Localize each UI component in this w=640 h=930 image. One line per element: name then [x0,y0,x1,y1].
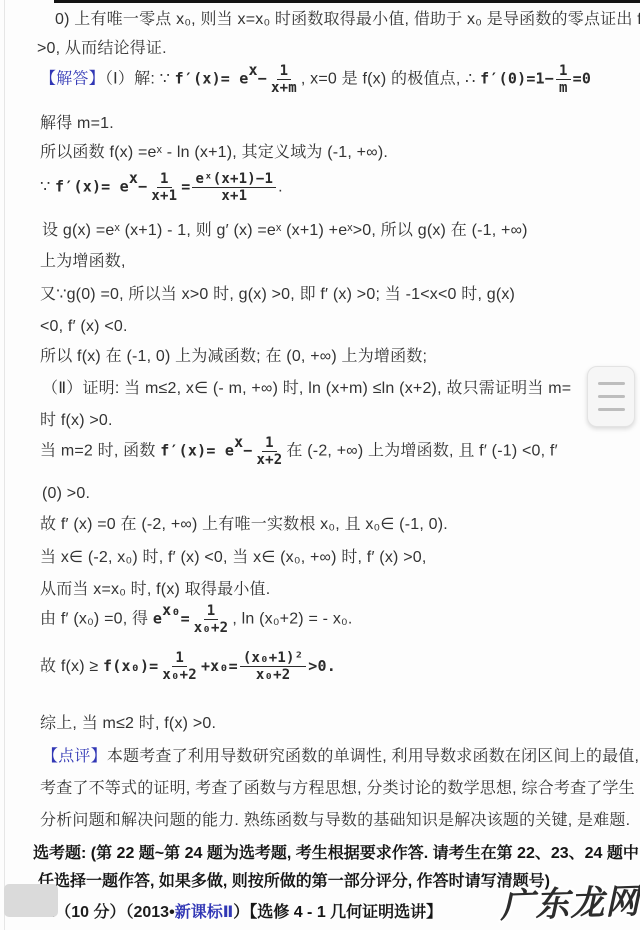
text-line: 【点评】本题考查了利用导数研究函数的单调性, 利用导数求函数在闭区间上的最值, [42,747,639,767]
text-line: 22.（10 分）（2013•新课标Ⅱ）【选修 4 - 1 几何证明选讲】 [33,903,442,923]
text-line: <0, f′ (x) <0. [40,317,128,337]
text-line: 综上, 当 m≤2 时, f(x) >0. [40,714,216,734]
text-line: 当 m=2 时, 函数 f′(x)= ex−1x+2在 (-2, +∞) 上为增… [40,434,558,468]
text-line: 故 f′ (x) =0 在 (-2, +∞) 上有唯一实数根 x₀, 且 x₀∈… [40,515,448,535]
text-line: 【解答】（Ⅰ）解: ∵ f′(x)= ex−1x+m, x=0 是 f(x) 的… [40,62,591,96]
text-line: （Ⅱ）证明: 当 m≤2, x∈ (- m, +∞) 时, ln (x+m) ≤… [42,379,571,399]
top-edge-bar [54,0,640,3]
text-line: 由 f′ (x₀) =0, 得 ex₀=1x₀+2, ln (x₀+2) = -… [40,602,353,636]
text-line: ∵ f′(x)= ex−1x+1=eˣ(x+1)−1x+1. [40,170,283,204]
text-line: 考查了不等式的证明, 考查了函数与方程思想, 分类讨论的数学思想, 综合考查了学… [40,779,635,799]
text-line: 分析问题和解决问题的能力. 熟练函数与导数的基础知识是解决该题的关键, 是难题. [40,811,630,831]
text-line: >0, 从而结论得证. [37,39,167,59]
text-line: 任选择一题作答, 如果多做, 则按所做的第一部分评分, 作答时请写清题号) [38,872,550,892]
text-line: 从而当 x=x₀ 时, f(x) 取得最小值. [40,580,270,600]
left-edge-line [4,0,5,930]
text-line: 设 g(x) =eˣ (x+1) - 1, 则 g′ (x) =eˣ (x+1)… [42,221,528,241]
text-line: 0) 上有唯一零点 x₀, 则当 x=x₀ 时函数取得最小值, 借助于 x₀ 是… [55,10,640,30]
menu-button[interactable] [587,366,635,427]
text-line: 所以 f(x) 在 (-1, 0) 上为减函数; 在 (0, +∞) 上为增函数… [40,347,427,367]
site-watermark: 广东龙网 [499,874,640,928]
text-line: 所以函数 f(x) =eˣ - ln (x+1), 其定义域为 (-1, +∞)… [40,143,388,163]
text-line: 时 f(x) >0. [40,411,113,431]
text-line: 选考题: (第 22 题~第 24 题为选考题, 考生根据要求作答. 请考生在第… [33,844,639,864]
text-line: 解得 m=1. [40,114,114,134]
text-line: (0) >0. [42,484,90,504]
text-line: 上为增函数, [40,252,126,272]
text-line: 又∵g(0) =0, 所以当 x>0 时, g(x) >0, 即 f′ (x) … [40,285,515,305]
document-page: 0) 上有唯一零点 x₀, 则当 x=x₀ 时函数取得最小值, 借助于 x₀ 是… [0,0,640,930]
text-line: 故 f(x) ≥ f(x₀)=1x₀+2+x₀=(x₀+1)²x₀+2>0. [40,650,336,683]
text-line: 当 x∈ (-2, x₀) 时, f′ (x) <0, 当 x∈ (x₀, +∞… [40,548,426,568]
scroll-page-badge [4,884,58,917]
